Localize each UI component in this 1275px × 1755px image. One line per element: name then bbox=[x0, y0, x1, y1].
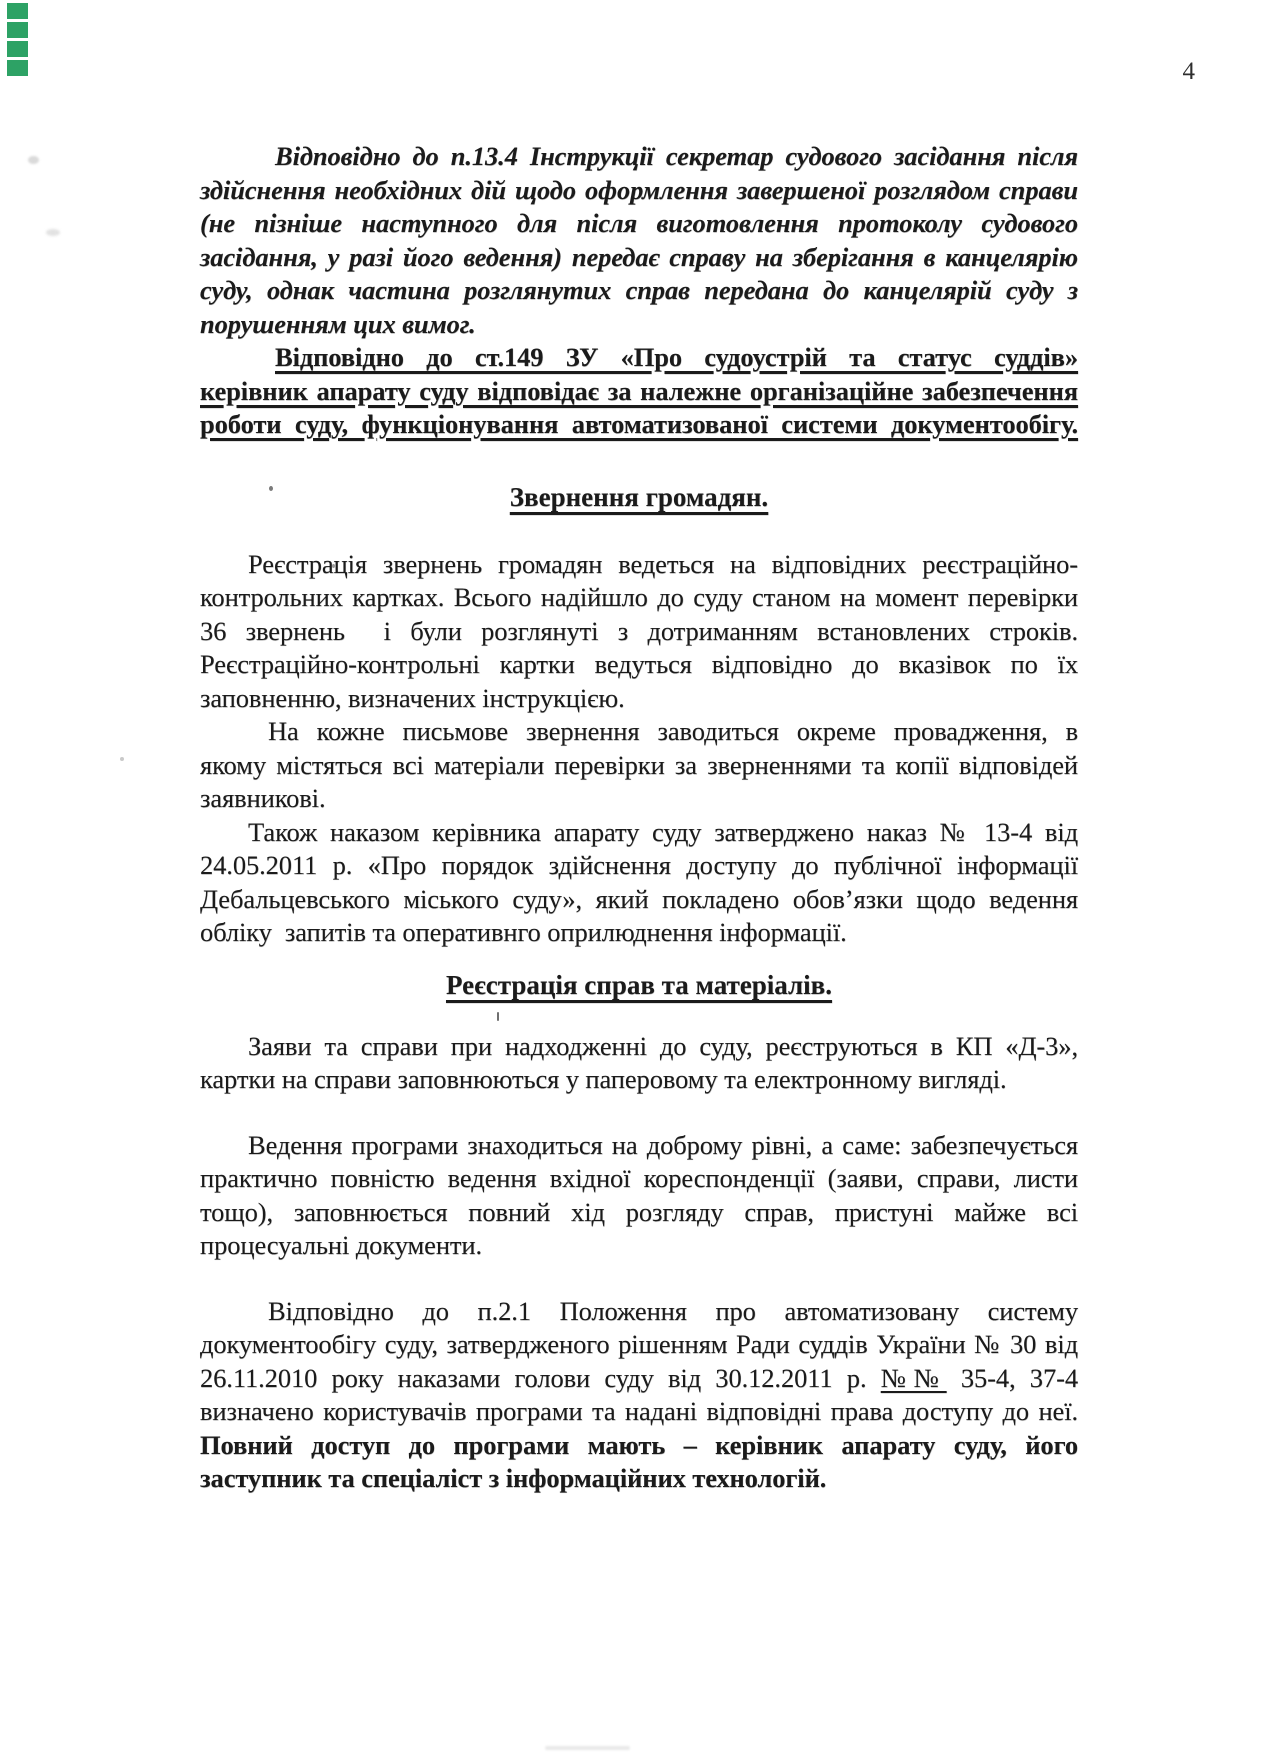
text-line: якому містяться всі матеріали перевірки … bbox=[200, 749, 1078, 783]
text-line: заступник та спеціаліст з інформаційних … bbox=[200, 1462, 1078, 1496]
scan-speck bbox=[28, 156, 39, 164]
scan-speck bbox=[120, 757, 124, 761]
text-line: Заяви та справи при надходженні до суду,… bbox=[200, 1030, 1078, 1064]
section-heading-case-registration: Реєстрація справ та матеріалів. bbox=[200, 968, 1078, 1002]
text-line: засідання, у разі його ведення) передає … bbox=[200, 241, 1078, 275]
text-line: картки на справи заповнюються у паперово… bbox=[200, 1063, 1078, 1097]
text-line: Також наказом керівника апарату суду зат… bbox=[200, 816, 1078, 850]
text-line: 24.05.2011 р. «Про порядок здійснення до… bbox=[200, 849, 1078, 883]
para-individual-proceedings: На кожне письмове звернення заводиться о… bbox=[200, 715, 1078, 816]
page-number: 4 bbox=[1183, 58, 1196, 86]
text-line: визначено користувачів програми та надан… bbox=[200, 1395, 1078, 1429]
para-program-maintenance: Ведення програми знаходиться на доброму … bbox=[200, 1129, 1078, 1263]
scan-square-icon bbox=[7, 60, 28, 76]
text-line: суду, однак частина розглянутих справ пе… bbox=[200, 274, 1078, 308]
text-line: Відповідно до п.13.4 Інструкції секретар… bbox=[200, 140, 1078, 174]
text-line: заявникові. bbox=[200, 782, 1078, 816]
text-line: порушенням цих вимог. bbox=[200, 308, 1078, 342]
text-line: 26.11.2010 року наказами голови суду від… bbox=[200, 1362, 1078, 1396]
text-line: Реєстраційно-контрольні картки ведуться … bbox=[200, 648, 1078, 682]
para-secretary-instruction: Відповідно до п.13.4 Інструкції секретар… bbox=[200, 140, 1078, 341]
text-line: Ведення програми знаходиться на доброму … bbox=[200, 1129, 1078, 1163]
text-line: На кожне письмове звернення заводиться о… bbox=[200, 715, 1078, 749]
scan-square-icon bbox=[7, 41, 28, 57]
text-line: керівник апарату суду відповідає за нале… bbox=[200, 375, 1078, 409]
text-line: Повний доступ до програми мають – керівн… bbox=[200, 1429, 1078, 1463]
para-law-149-citation: Відповідно до ст.149 ЗУ «Про судоустрій … bbox=[200, 341, 1078, 442]
text-line: практично повністю ведення вхідної корес… bbox=[200, 1162, 1078, 1196]
text-segment: 35-4, 37-4 bbox=[947, 1363, 1078, 1393]
para-appeals-registration: Реєстрація звернень громадян ведеться на… bbox=[200, 548, 1078, 716]
scan-speck bbox=[497, 1012, 499, 1021]
text-segment: 26.11.2010 року наказами голови суду від… bbox=[200, 1363, 881, 1393]
text-line: Відповідно до ст.149 ЗУ «Про судоустрій … bbox=[200, 341, 1078, 375]
text-line: Відповідно до п.2.1 Положення про автома… bbox=[200, 1295, 1078, 1329]
text-line: здійснення необхідних дій щодо оформленн… bbox=[200, 174, 1078, 208]
scan-square-icon bbox=[7, 22, 28, 38]
scan-artifact-squares bbox=[7, 3, 28, 79]
text-line: тощо), заповнюється повний хід розгляду … bbox=[200, 1196, 1078, 1230]
text-line: процесуальні документи. bbox=[200, 1229, 1078, 1263]
scan-speck bbox=[545, 1746, 630, 1750]
document-body: Відповідно до п.13.4 Інструкції секретар… bbox=[0, 0, 1275, 1496]
text-line: обліку запитів та оперативнго оприлюднен… bbox=[200, 916, 1078, 950]
text-line: контрольних картках. Всього надійшло до … bbox=[200, 581, 1078, 615]
text-line: документообігу суду, затвердженого рішен… bbox=[200, 1328, 1078, 1362]
para-program-access: Відповідно до п.2.1 Положення про автома… bbox=[200, 1295, 1078, 1496]
section-heading-citizens-appeals: Звернення громадян. bbox=[200, 480, 1078, 514]
text-segment-underlined-numbers: №№ bbox=[881, 1363, 947, 1393]
text-line: (не пізніше наступного для після виготов… bbox=[200, 207, 1078, 241]
text-line: заповненню, визначених інструкцією. bbox=[200, 682, 1078, 716]
scan-speck bbox=[46, 229, 60, 236]
para-order-13-4: Також наказом керівника апарату суду зат… bbox=[200, 816, 1078, 950]
text-line: роботи суду, функціонування автоматизова… bbox=[200, 408, 1078, 442]
scan-square-icon bbox=[7, 3, 28, 19]
document-page: 4 Відповідно до п.13.4 Інструкції секрет… bbox=[0, 0, 1275, 1755]
para-case-registration: Заяви та справи при надходженні до суду,… bbox=[200, 1030, 1078, 1097]
scan-speck bbox=[269, 486, 273, 491]
scan-speck bbox=[332, 564, 335, 568]
text-line: Дебальцевського міського суду», який пок… bbox=[200, 883, 1078, 917]
text-line: 36 звернень і були розглянуті з дотриман… bbox=[200, 615, 1078, 649]
